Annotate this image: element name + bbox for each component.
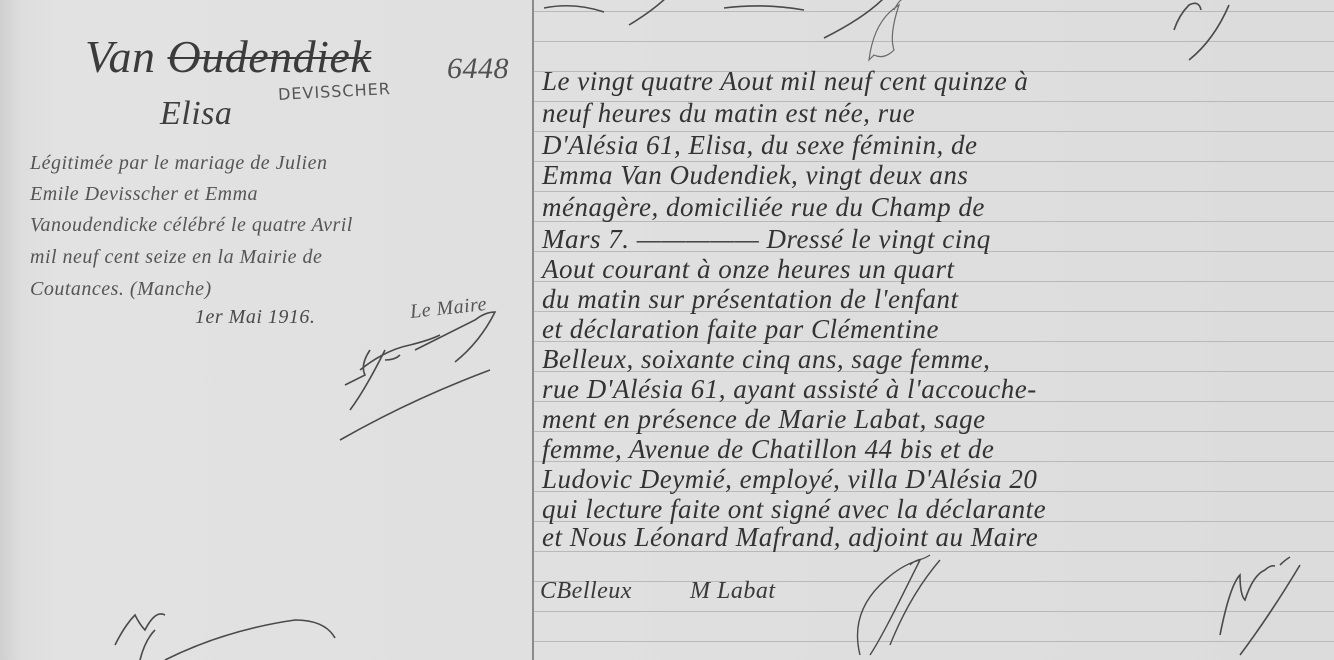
entry-line: Belleux, soixante cinq ans, sage femme, xyxy=(542,344,990,375)
entry-line: du matin sur présentation de l'enfant xyxy=(542,284,959,315)
signatures-flourish-icon xyxy=(820,545,1334,660)
margin-column: Van Oudendiek 6448 DEVISSCHER Elisa Légi… xyxy=(0,0,533,660)
signature-belleux: CBelleux xyxy=(540,578,632,605)
entry-line: Mars 7. ————— Dressé le vingt cinq xyxy=(542,224,991,255)
entry-line: rue D'Alésia 61, ayant assisté à l'accou… xyxy=(542,374,1037,405)
entry-line: Le vingt quatre Aout mil neuf cent quinz… xyxy=(542,66,1028,97)
partial-signature-icon xyxy=(100,600,340,660)
margin-surname: Van Oudendiek xyxy=(85,30,371,83)
annotation-line: Vanoudendicke célébré le quatre Avril xyxy=(30,214,353,237)
entry-line: ménagère, domiciliée rue du Champ de xyxy=(542,192,985,223)
annotation-date: 1er Mai 1916. xyxy=(195,306,315,329)
mayor-signature-icon xyxy=(330,310,530,450)
signature-labat: M Labat xyxy=(690,578,776,605)
entry-line: qui lecture faite ont signé avec la décl… xyxy=(542,494,1046,525)
annotation-line: Emile Devisscher et Emma xyxy=(30,183,258,206)
entry-line: et déclaration faite par Clémentine xyxy=(542,314,939,345)
entry-line: Emma Van Oudendiek, vingt deux ans xyxy=(542,160,968,191)
surname-struck: Oudendiek xyxy=(168,31,372,82)
entry-line: neuf heures du matin est née, rue xyxy=(542,98,915,129)
entry-line: femme, Avenue de Chatillon 44 bis et de xyxy=(542,434,994,465)
surname-prefix: Van xyxy=(85,31,168,82)
register-page: Van Oudendiek 6448 DEVISSCHER Elisa Légi… xyxy=(0,0,1334,660)
annotation-line: mil neuf cent seize en la Mairie de xyxy=(30,246,322,269)
entry-line: D'Alésia 61, Elisa, du sexe féminin, de xyxy=(542,130,977,161)
entry-line: ment en présence de Marie Labat, sage xyxy=(542,404,986,435)
annotation-line: Coutances. (Manche) xyxy=(30,278,212,301)
entry-line: Ludovic Deymié, employé, villa D'Alésia … xyxy=(542,464,1037,495)
registration-number: 6448 xyxy=(447,52,509,86)
annotation-line: Légitimée par le mariage de Julien xyxy=(30,152,328,175)
given-name: Elisa xyxy=(160,95,232,133)
entry-line: Aout courant à onze heures un quart xyxy=(542,254,954,285)
